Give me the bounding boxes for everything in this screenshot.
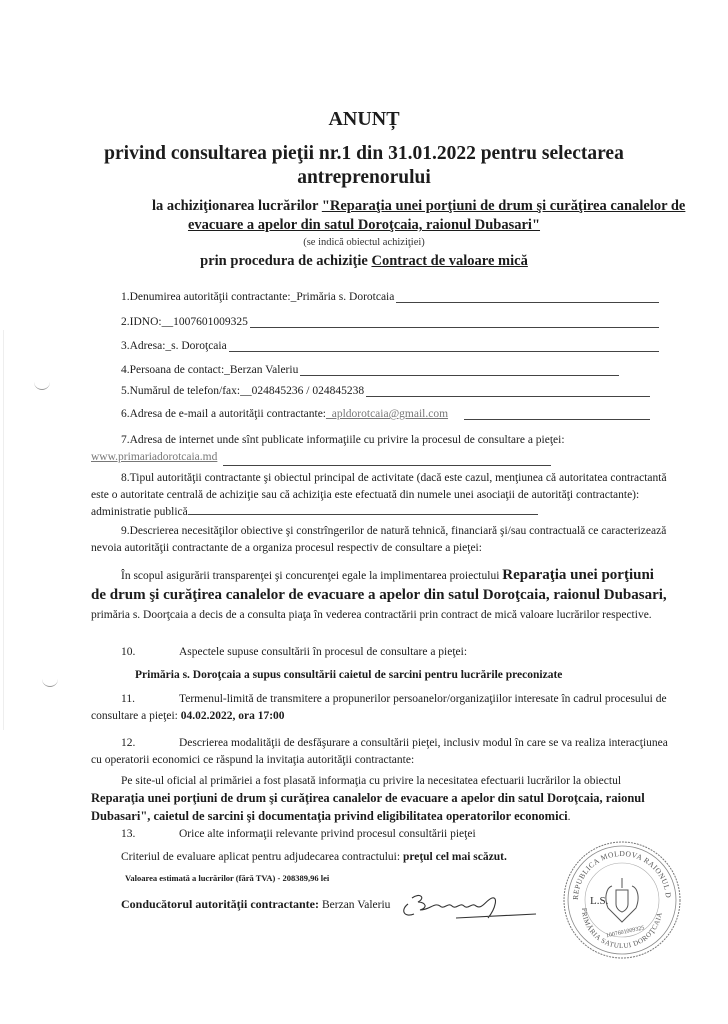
email-link[interactable]: _apldorotcaia@gmail.com	[326, 408, 448, 420]
item-7: 7.Adresa de internet unde sînt publicate…	[91, 432, 671, 466]
item-12: 12.Descrierea modalităţii de desfăşurare…	[91, 735, 671, 769]
stamp-bottom-text: PRIMĂRIA SATULUI DOROŢCAIA	[580, 908, 664, 950]
document-subtitle: privind consultarea pieţii nr.1 din 31.0…	[0, 142, 728, 166]
field-contact-person: 4.Persoana de contact: _Berzan Valeriu	[121, 364, 619, 376]
stamp-top-text: REPUBLICA MOLDOVA RAIONUL DUBASARI	[560, 838, 673, 900]
procurement-object-line1: la achiziţionarea lucrărilor "Reparaţia …	[152, 197, 685, 216]
svg-text:REPUBLICA MOLDOVA RAIONUL DUBA: REPUBLICA MOLDOVA RAIONUL DUBASARI	[560, 838, 673, 900]
scope-paragraph: În scopul asigurării transparenţei şi co…	[91, 566, 671, 625]
field-phone-fax: 5.Numărul de telefon/fax: __024845236 / …	[121, 385, 650, 397]
field-authority-name: 1.Denumirea autorităţii contractante: _P…	[121, 291, 659, 303]
procurement-object: "Reparaţia unei porţiuni de drum şi cură…	[322, 198, 686, 214]
item-10: 10.Aspectele supuse consultării în proce…	[121, 646, 467, 658]
item-9: 9.Descrierea necesităţilor obiective şi …	[91, 523, 671, 557]
procedure-line: prin procedura de achiziţie Contract de …	[0, 253, 728, 270]
authority-type: administratie publică	[91, 506, 188, 518]
official-stamp: REPUBLICA MOLDOVA RAIONUL DUBASARI PRIMĂ…	[560, 838, 684, 962]
estimated-value: Valoarea estimată a lucrărilor (fără TVA…	[125, 873, 329, 883]
handwritten-signature	[396, 888, 546, 928]
punch-hole-mark	[34, 381, 50, 390]
field-email: 6.Adresa de e-mail a autorităţii contrac…	[121, 408, 650, 420]
coat-of-arms-icon	[606, 878, 638, 922]
stamp-code: 1007601009325	[606, 925, 645, 939]
item-10-answer: Primăria s. Doroţcaia a supus consultări…	[135, 669, 562, 681]
punch-hole-mark	[42, 678, 58, 687]
document-subtitle-cont: antreprenorului	[0, 166, 728, 190]
item-11: 11.Termenul-limită de transmitere a prop…	[91, 691, 671, 725]
item-12-answer: Pe site-ul oficial al primăriei a fost p…	[91, 773, 671, 826]
website-link[interactable]: www.primariadorotcaia.md	[91, 449, 217, 466]
stamp-ls: L.S.	[590, 895, 609, 907]
page-edge-rule	[3, 330, 4, 730]
signatory-name: Berzan Valeriu	[322, 899, 390, 911]
object-hint: (se indică obiectul achiziţiei)	[0, 237, 728, 248]
field-address: 3.Adresa: _s. Doroţcaia	[121, 340, 659, 352]
deadline: 04.02.2022, ora 17:00	[181, 710, 285, 722]
svg-text:PRIMĂRIA SATULUI DOROŢCAIA: PRIMĂRIA SATULUI DOROŢCAIA	[580, 908, 664, 950]
item-13: 13.Orice alte informaţii relevante privi…	[121, 828, 476, 840]
signature-line: Conducătorul autorităţii contractante: B…	[121, 897, 390, 912]
document-title: ANUNȚ	[0, 108, 728, 131]
field-idno: 2.IDNO: __1007601009325	[121, 316, 659, 328]
item-8: 8.Tipul autorităţii contractante şi obie…	[91, 470, 671, 521]
evaluation-criterion: Criteriul de evaluare aplicat pentru adj…	[121, 851, 507, 863]
procurement-object-line2: evacuare a apelor din satul Doroţcaia, r…	[0, 216, 728, 235]
procedure-type: Contract de valoare mică	[371, 253, 527, 269]
